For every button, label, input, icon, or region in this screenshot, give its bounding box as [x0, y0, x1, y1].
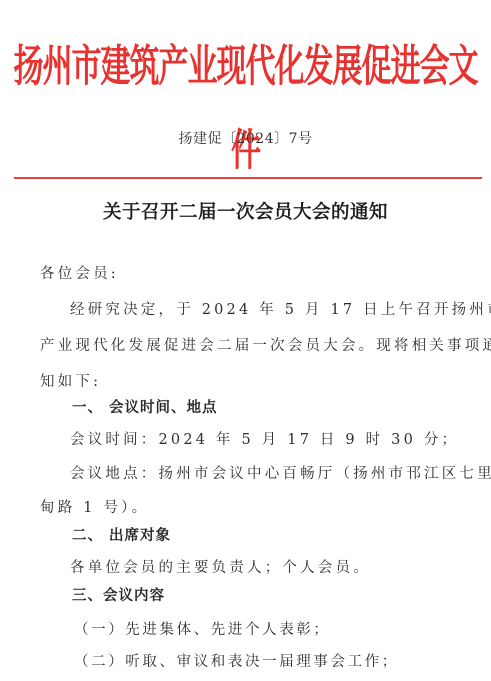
section-heading-agenda: 三、会议内容 [72, 584, 165, 605]
intro-line-3: 知如下: [40, 370, 460, 391]
meeting-time: 会议时间：2024 年 5 月 17 日 9 时 30 分； [70, 428, 490, 449]
intro-line-1: 经研究决定，于 2024 年 5 月 17 日上午召开扬州市建筑 [70, 298, 490, 319]
section-heading-time-location: 一、 会议时间、地点 [72, 396, 218, 417]
intro-line-2: 产业现代化发展促进会二届一次会员大会。现将相关事项通 [40, 334, 460, 355]
attendees-text: 各单位会员的主要负责人；个人会员。 [70, 556, 490, 577]
notice-title: 关于召开二届一次会员大会的通知 [0, 198, 491, 224]
document-number: 扬建促〔2024〕7号 [0, 128, 491, 148]
meeting-location-cont: 甸路 1 号）。 [40, 496, 460, 517]
salutation: 各位会员: [40, 262, 460, 283]
agenda-item-1: （一）先进集体、先进个人表彰； [74, 618, 491, 639]
agenda-item-2: （二）听取、审议和表决一届理事会工作； [74, 650, 491, 671]
section-heading-attendees: 二、 出席对象 [72, 524, 171, 545]
letterhead-title: 扬州市建筑产业现代化发展促进会文件 [0, 26, 491, 194]
meeting-location: 会议地点：扬州市会议中心百畅厅（扬州市邗江区七里 [70, 462, 490, 483]
red-divider-line [14, 177, 482, 179]
